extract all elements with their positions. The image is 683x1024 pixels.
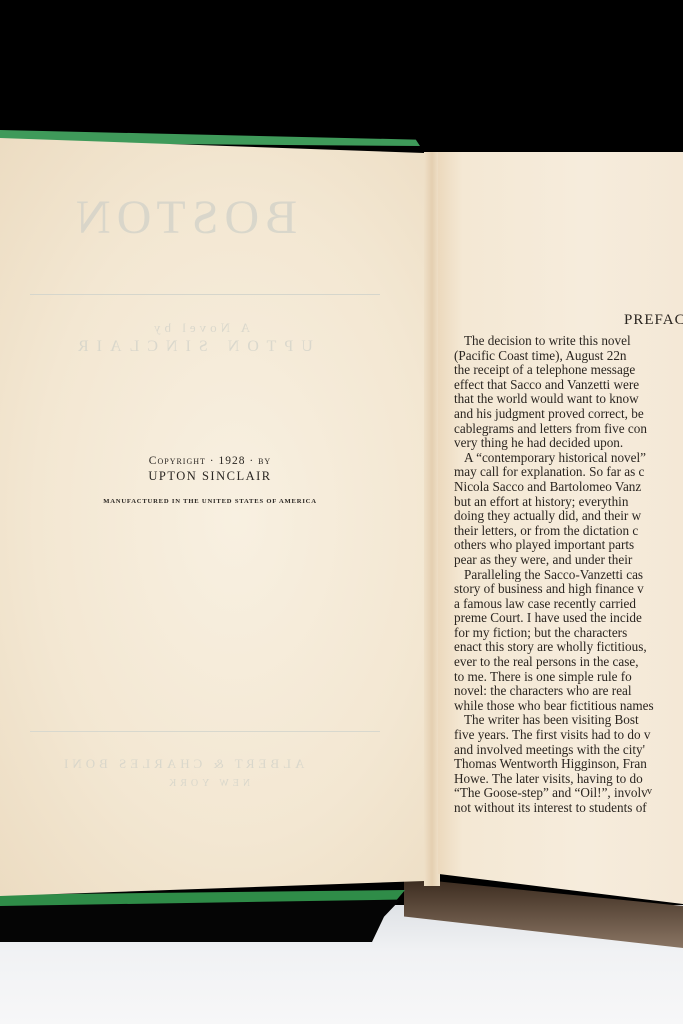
preface-line: The decision to write this novel bbox=[454, 334, 683, 349]
preface-line: five years. The first visits had to do v bbox=[454, 728, 683, 743]
show-through-author: UPTON SINCLAIR bbox=[70, 338, 313, 356]
preface-line: not without its interest to students of bbox=[454, 801, 683, 816]
preface-line: ever to the real persons in the case, bbox=[454, 655, 683, 670]
preface-line: story of business and high finance v bbox=[454, 582, 683, 597]
preface-line: to me. There is one simple rule fo bbox=[454, 670, 683, 685]
preface-line: Howe. The later visits, having to do bbox=[454, 772, 683, 787]
preface-line: and involved meetings with the city' bbox=[454, 743, 683, 758]
preface-line: The writer has been visiting Bost bbox=[454, 713, 683, 728]
preface-line: that the world would want to know bbox=[454, 392, 683, 407]
page-folio: v bbox=[647, 786, 652, 797]
preface-line: their letters, or from the dictation c bbox=[454, 524, 683, 539]
preface-line: very thing he had decided upon. bbox=[454, 436, 683, 451]
preface-line: Nicola Sacco and Bartolomeo Vanz bbox=[454, 480, 683, 495]
preface-line: others who played important parts bbox=[454, 538, 683, 553]
preface-line: doing they actually did, and their w bbox=[454, 509, 683, 524]
preface-line: preme Court. I have used the incide bbox=[454, 611, 683, 626]
show-through-subtitle: A Novel by bbox=[150, 320, 250, 336]
show-through-title: BOSTON bbox=[70, 190, 297, 245]
copyright-line: Copyright · 1928 · by bbox=[60, 455, 360, 467]
preface-line: novel: the characters who are real bbox=[454, 684, 683, 699]
preface-line: effect that Sacco and Vanzetti were bbox=[454, 378, 683, 393]
preface-line: Paralleling the Sacco-Vanzetti cas bbox=[454, 568, 683, 583]
preface-line: a famous law case recently carried bbox=[454, 597, 683, 612]
preface-line: but an effort at history; everythin bbox=[454, 495, 683, 510]
preface-line: (Pacific Coast time), August 22n bbox=[454, 349, 683, 364]
preface-line: may call for explanation. So far as c bbox=[454, 465, 683, 480]
preface-line: A “contemporary historical novel” bbox=[454, 451, 683, 466]
preface-body: The decision to write this novel(Pacific… bbox=[454, 334, 683, 816]
show-through-publisher: ALBERT & CHARLES BONI bbox=[60, 756, 304, 772]
preface-line: while those who bear fictitious names bbox=[454, 699, 683, 714]
preface-line: Thomas Wentworth Higginson, Fran bbox=[454, 757, 683, 772]
copyright-block: Copyright · 1928 · by UPTON SINCLAIR MAN… bbox=[60, 455, 360, 505]
preface-line: enact this story are wholly fictitious, bbox=[454, 640, 683, 655]
left-page: BOSTON A Novel by UPTON SINCLAIR ALBERT … bbox=[0, 138, 428, 896]
author-line: UPTON SINCLAIR bbox=[60, 469, 360, 484]
preface-heading: PREFAC bbox=[624, 312, 683, 329]
manufactured-line: MANUFACTURED IN THE UNITED STATES OF AME… bbox=[60, 498, 360, 505]
preface-line: pear as they were, and under their bbox=[454, 553, 683, 568]
preface-line: for my fiction; but the characters bbox=[454, 626, 683, 641]
gutter bbox=[424, 152, 440, 886]
show-through-city: NEW YORK bbox=[165, 778, 250, 789]
book-shadow-left bbox=[0, 900, 400, 942]
preface-line: the receipt of a telephone message bbox=[454, 363, 683, 378]
preface-line: and his judgment proved correct, be bbox=[454, 407, 683, 422]
show-through-rule-bottom bbox=[30, 731, 380, 732]
show-through-rule bbox=[30, 294, 380, 295]
right-page: PREFAC The decision to write this novel(… bbox=[438, 152, 683, 904]
preface-line: cablegrams and letters from five con bbox=[454, 422, 683, 437]
